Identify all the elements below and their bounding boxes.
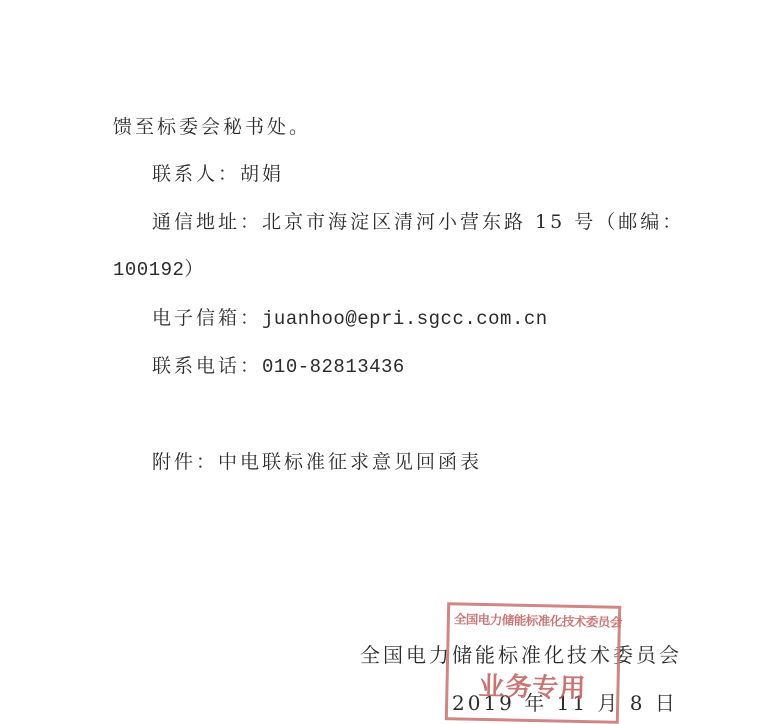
attachment-line: 附件：中电联标准征求意见回函表	[152, 453, 482, 472]
paragraph-end: 馈至标委会秘书处。	[113, 118, 311, 137]
address-label: 通信地址：	[152, 211, 262, 233]
address-postcode: 100192）	[113, 261, 204, 280]
email-line: 电子信箱：juanhoo@epri.sgcc.com.cn	[152, 309, 548, 329]
stamp-title: 全国电力储能标准化技术委员会	[454, 609, 622, 631]
address-line: 通信地址：北京市海淀区清河小营东路 15 号（邮编：	[152, 213, 684, 232]
phone-value: 010-82813436	[262, 356, 405, 378]
attachment-value: 中电联标准征求意见回函表	[218, 451, 482, 473]
address-value: 北京市海淀区清河小营东路 15 号（邮编：	[262, 211, 684, 233]
email-value[interactable]: juanhoo@epri.sgcc.com.cn	[262, 308, 548, 330]
attachment-label: 附件：	[152, 451, 218, 473]
official-seal-stamp: 全国电力储能标准化技术委员会 业务专用	[445, 602, 621, 724]
stamp-subtitle: 业务专用	[478, 666, 587, 705]
contact-person-value: 胡娟	[240, 163, 284, 185]
phone-line: 联系电话：010-82813436	[152, 357, 405, 377]
phone-label: 联系电话：	[152, 355, 262, 377]
email-label: 电子信箱：	[152, 307, 262, 329]
contact-person-label: 联系人：	[152, 163, 240, 185]
contact-person-line: 联系人：胡娟	[152, 165, 284, 184]
